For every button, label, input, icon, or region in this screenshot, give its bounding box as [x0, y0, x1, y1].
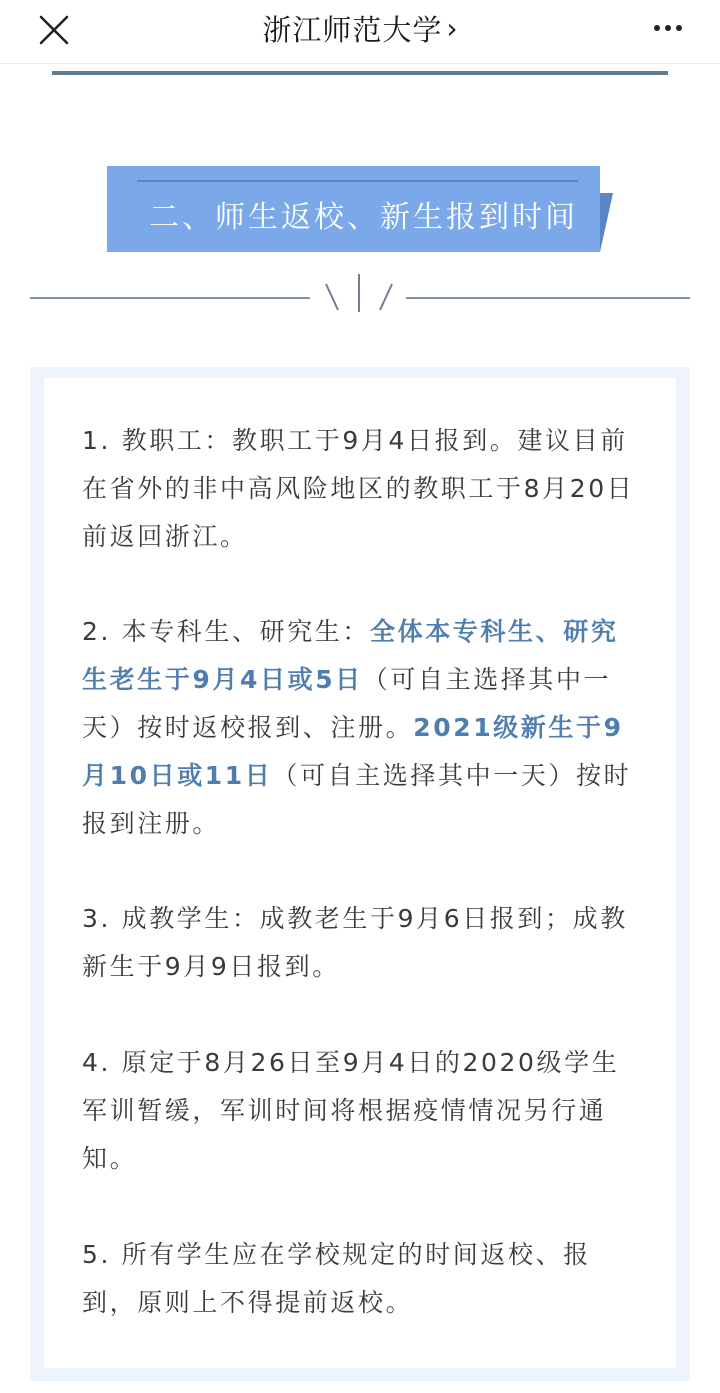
more-dot-icon	[654, 25, 660, 31]
ornament-line-right	[406, 297, 690, 299]
item-text: 1. 教职工：教职工于9月4日报到。建议目前在省外的非中高风险地区的教职工于8月…	[82, 426, 634, 551]
list-item: 4. 原定于8月26日至9月4日的2020级学生军训暂缓，军训时间将根据疫情情况…	[82, 1039, 642, 1183]
list-item: 2. 本专科生、研究生：全体本专科生、研究生老生于9月4日或5日（可自主选择其中…	[82, 608, 642, 848]
banner-rule	[137, 180, 578, 182]
account-title-link[interactable]: 浙江师范大学 ›	[0, 0, 720, 56]
list-item: 5. 所有学生应在学校规定的时间返校、报到，原则上不得提前返校。	[82, 1231, 642, 1327]
top-navigation-bar: 浙江师范大学 ›	[0, 0, 720, 64]
ornament-line-left	[30, 297, 310, 299]
item-text: 3. 成教学生：成教老生于9月6日报到；成教新生于9月9日报到。	[82, 904, 628, 981]
item-text: 2. 本专科生、研究生：	[82, 617, 370, 646]
item-text: 4. 原定于8月26日至9月4日的2020级学生军训暂缓，军训时间将根据疫情情况…	[82, 1048, 619, 1173]
item-text: 5. 所有学生应在学校规定的时间返校、报到，原则上不得提前返校。	[82, 1240, 591, 1317]
ornament-slash-icon	[322, 272, 398, 312]
list-item: 1. 教职工：教职工于9月4日报到。建议目前在省外的非中高风险地区的教职工于8月…	[82, 417, 642, 561]
section-heading: 二、师生返校、新生报到时间	[107, 192, 600, 236]
page-title: 浙江师范大学	[262, 8, 442, 49]
top-divider-rule	[52, 71, 668, 75]
chevron-right-icon: ›	[446, 12, 457, 45]
list-item: 3. 成教学生：成教老生于9月6日报到；成教新生于9月9日报到。	[82, 895, 642, 991]
more-options-button[interactable]	[646, 10, 690, 46]
section-banner: 二、师生返校、新生报到时间	[107, 166, 600, 252]
more-dot-icon	[676, 25, 682, 31]
more-dot-icon	[665, 25, 671, 31]
